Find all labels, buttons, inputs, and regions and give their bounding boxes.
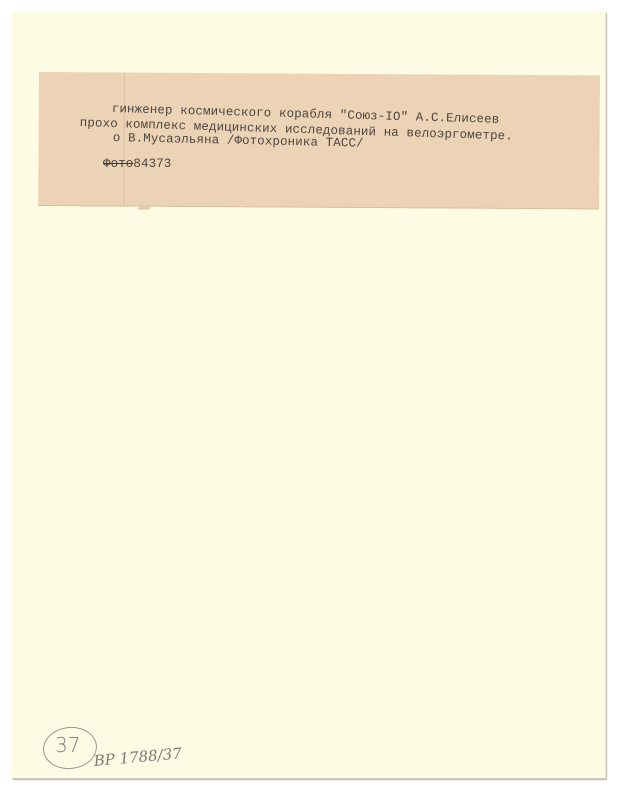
photo-number: 84373 xyxy=(133,157,171,171)
photo-prefix: Фото xyxy=(103,157,133,171)
photo-number-line: Фото84373 xyxy=(103,157,171,171)
circled-number: 37 xyxy=(55,733,80,757)
